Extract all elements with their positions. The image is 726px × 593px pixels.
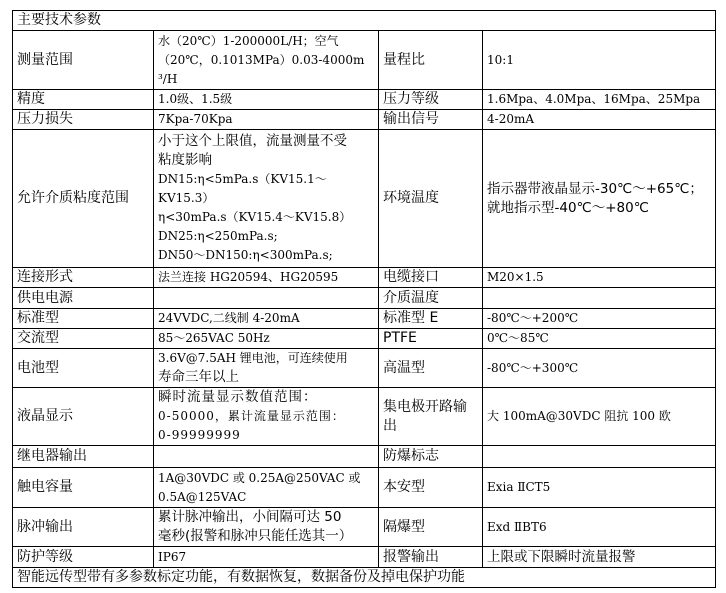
label-explosion-proof-mark: 防爆标志 (379, 446, 483, 468)
value-explosion-proof-mark (483, 446, 716, 468)
table-row: 触电容量 1A@30VDC 或 0.25A@250VAC 或 0.5A@125V… (13, 468, 716, 508)
label-open-collector-output: 集电极开路输出 (379, 388, 483, 446)
table-row: 继电器输出 防爆标志 (13, 446, 716, 468)
value-pressure-rating: 1.6Mpa、4.0Mpa、16Mpa、25Mpa (483, 90, 716, 110)
label-standard-type-e: 标准型 E (379, 309, 483, 329)
label-viscosity-range: 允许介质粘度范围 (13, 130, 154, 268)
tech-spec-table: 主要技术参数 测量范围 水（20℃）1-200000L/H；空气 （20℃，0.… (12, 10, 716, 588)
value-connection-type: 法兰连接 HG20594、HG20595 (154, 268, 379, 288)
table-row: 液晶显示 瞬时流量显示数值范围： 0-50000，累计流量显示范围： 0-999… (13, 388, 716, 446)
table-row: 压力损失 7Kpa-70Kpa 输出信号 4-20mA (13, 110, 716, 130)
label-ptfe: PTFE (379, 329, 483, 349)
table-row: 供电电源 介质温度 (13, 288, 716, 309)
label-flameproof: 隔爆型 (379, 508, 483, 547)
label-turndown-ratio: 量程比 (379, 31, 483, 90)
value-battery-type: 3.6V@7.5AH 锂电池，可连续使用 寿命三年以上 (154, 349, 379, 388)
value-accuracy: 1.0级、1.5级 (154, 90, 379, 110)
label-ambient-temperature: 环境温度 (379, 130, 483, 268)
value-relay-output (154, 446, 379, 468)
label-standard-type: 标准型 (13, 309, 154, 329)
value-flameproof: Exd ⅡBT6 (483, 508, 716, 547)
label-power-supply: 供电电源 (13, 288, 154, 309)
table-footer-row: 智能远传型带有多参数标定功能，有数据恢复，数据备份及掉电保护功能 (13, 568, 716, 588)
value-ac-type: 85～265VAC 50Hz (154, 329, 379, 349)
value-standard-type: 24VVDC,二线制 4-20mA (154, 309, 379, 329)
value-pressure-loss: 7Kpa-70Kpa (154, 110, 379, 130)
table-row: 电池型 3.6V@7.5AH 锂电池，可连续使用 寿命三年以上 高温型 -80℃… (13, 349, 716, 388)
label-pressure-rating: 压力等级 (379, 90, 483, 110)
label-high-temp-type: 高温型 (379, 349, 483, 388)
table-row: 允许介质粘度范围 小于这个上限值，流量测量不受 粘度影响 DN15:η<5mPa… (13, 130, 716, 268)
value-output-signal: 4-20mA (483, 110, 716, 130)
value-intrinsically-safe: Exia ⅡCT5 (483, 468, 716, 508)
value-ptfe: 0℃～85℃ (483, 329, 716, 349)
label-medium-temperature: 介质温度 (379, 288, 483, 309)
label-output-signal: 输出信号 (379, 110, 483, 130)
label-relay-output: 继电器输出 (13, 446, 154, 468)
label-ac-type: 交流型 (13, 329, 154, 349)
label-pressure-loss: 压力损失 (13, 110, 154, 130)
table-row: 精度 1.0级、1.5级 压力等级 1.6Mpa、4.0Mpa、16Mpa、25… (13, 90, 716, 110)
label-pulse-output: 脉冲输出 (13, 508, 154, 547)
label-battery-type: 电池型 (13, 349, 154, 388)
label-measurement-range: 测量范围 (13, 31, 154, 90)
value-pulse-output: 累计脉冲输出，小间隔可达 50 毫秒(报警和脉冲只能任选其一） (154, 508, 379, 547)
label-contact-capacity: 触电容量 (13, 468, 154, 508)
table-row: 测量范围 水（20℃）1-200000L/H；空气 （20℃，0.1013MPa… (13, 31, 716, 90)
value-contact-capacity: 1A@30VDC 或 0.25A@250VAC 或 0.5A@125VAC (154, 468, 379, 508)
value-open-collector-output: 大 100mA@30VDC 阻抗 100 欧 (483, 388, 716, 446)
value-measurement-range: 水（20℃）1-200000L/H；空气 （20℃，0.1013MPa）0.03… (154, 31, 379, 90)
label-alarm-output: 报警输出 (379, 547, 483, 568)
table-title-row: 主要技术参数 (13, 11, 716, 31)
table-row: 连接形式 法兰连接 HG20594、HG20595 电缆接口 M20×1.5 (13, 268, 716, 288)
value-ambient-temperature: 指示器带液晶显示-30℃～+65℃； 就地指示型-40℃～+80℃ (483, 130, 716, 268)
table-title: 主要技术参数 (13, 11, 716, 31)
value-medium-temperature (483, 288, 716, 309)
table-row: 标准型 24VVDC,二线制 4-20mA 标准型 E -80℃～+200℃ (13, 309, 716, 329)
value-standard-type-e: -80℃～+200℃ (483, 309, 716, 329)
label-cable-interface: 电缆接口 (379, 268, 483, 288)
label-protection-class: 防护等级 (13, 547, 154, 568)
table-row: 防护等级 IP67 报警输出 上限或下限瞬时流量报警 (13, 547, 716, 568)
label-intrinsically-safe: 本安型 (379, 468, 483, 508)
table-row: 脉冲输出 累计脉冲输出，小间隔可达 50 毫秒(报警和脉冲只能任选其一） 隔爆型… (13, 508, 716, 547)
table-row: 交流型 85～265VAC 50Hz PTFE 0℃～85℃ (13, 329, 716, 349)
value-cable-interface: M20×1.5 (483, 268, 716, 288)
table-footer-note: 智能远传型带有多参数标定功能，有数据恢复，数据备份及掉电保护功能 (13, 568, 716, 588)
value-high-temp-type: -80℃～+300℃ (483, 349, 716, 388)
value-viscosity-range: 小于这个上限值，流量测量不受 粘度影响 DN15:η<5mPa.s（KV15.1… (154, 130, 379, 268)
value-protection-class: IP67 (154, 547, 379, 568)
label-lcd-display: 液晶显示 (13, 388, 154, 446)
value-turndown-ratio: 10:1 (483, 31, 716, 90)
value-lcd-display: 瞬时流量显示数值范围： 0-50000，累计流量显示范围： 0-99999999 (154, 388, 379, 446)
value-power-supply (154, 288, 379, 309)
value-alarm-output: 上限或下限瞬时流量报警 (483, 547, 716, 568)
label-connection-type: 连接形式 (13, 268, 154, 288)
label-accuracy: 精度 (13, 90, 154, 110)
